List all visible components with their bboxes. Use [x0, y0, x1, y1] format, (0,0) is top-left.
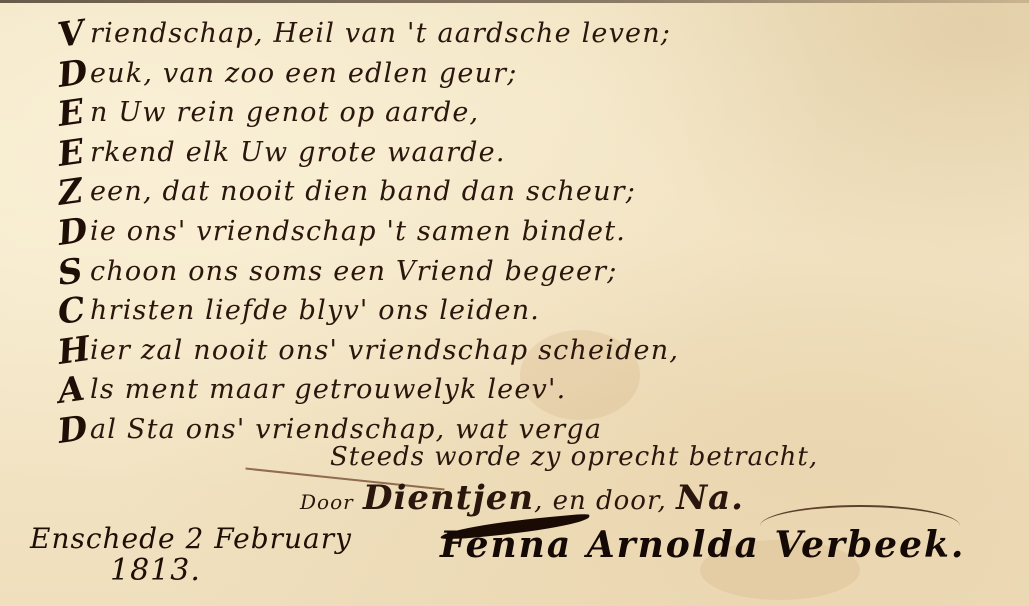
poem-line: ls ment maar getrouwelyk leev'. [90, 370, 679, 410]
page-top-edge [0, 0, 1029, 3]
document-page: V D E E Z D S C H A D riendschap, Heil v… [0, 0, 1029, 606]
closing-couplet: Steeds worde zy oprecht betracht, Door D… [330, 442, 990, 514]
closing-middle: , en door, [534, 486, 667, 516]
poem-line: hristen liefde blyv' ons leiden. [90, 291, 679, 331]
year: 1813. [110, 553, 352, 588]
poem-line: riendschap, Heil van 't aardsche leven; [90, 14, 679, 54]
poem-line: rkend elk Uw grote waarde. [90, 133, 679, 173]
signature: Fenna Arnolda Verbeek. [440, 524, 965, 566]
poem-line: choon ons soms een Vriend begeer; [90, 252, 679, 292]
place-and-date: Enschede 2 February 1813. [30, 522, 352, 588]
poem-line: een, dat nooit dien band dan scheur; [90, 172, 679, 212]
closing-door: Door [300, 490, 354, 514]
poem-line: ie ons' vriendschap 't samen bindet. [90, 212, 679, 252]
poem-line: n Uw rein genot op aarde, [90, 93, 679, 133]
poem-line: euk, van zoo een edlen geur; [90, 54, 679, 94]
poem-body: riendschap, Heil van 't aardsche leven; … [90, 14, 679, 450]
closing-name: Dientjen [363, 478, 534, 518]
place-day: Enschede 2 February [30, 522, 352, 555]
closing-line-1: Steeds worde zy oprecht betracht, [330, 442, 990, 478]
closing-end: Na. [676, 478, 744, 518]
poem-line: ier zal nooit ons' vriendschap scheiden, [90, 331, 679, 371]
